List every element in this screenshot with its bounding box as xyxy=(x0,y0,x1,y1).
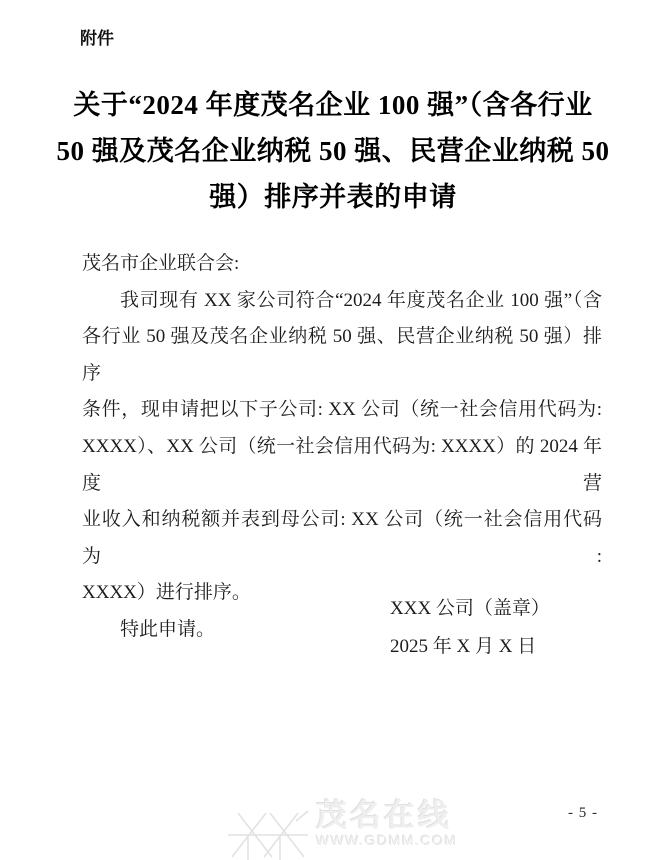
signature-date: 2025 年 X 月 X 日 xyxy=(390,628,550,666)
document-body: 茂名市企业联合会: 我司现有 XX 家公司符合“2024 年度茂名企业 100 … xyxy=(82,246,602,649)
page-number: - 5 - xyxy=(568,805,598,822)
body-line: XXXX）、XX 公司（统一社会信用代码为: XXXX）的 2024 年度营 xyxy=(82,429,602,502)
body-line: 我司现有 XX 家公司符合“2024 年度茂名企业 100 强”（含 xyxy=(82,283,602,320)
body-line: 业收入和纳税额并表到母公司: XX 公司（统一社会信用代码为: xyxy=(82,502,602,575)
watermark-text: 茂名在线 WWW.GDMM.COM xyxy=(316,799,458,848)
title-line-3: 强）排序并表的申请 xyxy=(42,174,624,220)
site-watermark: 茂名在线 WWW.GDMM.COM xyxy=(224,799,458,860)
title-line-1: 关于“2024 年度茂名企业 100 强”（含各行业 xyxy=(42,82,624,128)
attachment-label: 附件 xyxy=(80,24,114,49)
body-line: 条件，现申请把以下子公司: XX 公司（统一社会信用代码为: xyxy=(82,392,602,429)
watermark-site-name: 茂名在线 xyxy=(316,799,458,832)
document-page: 附件 关于“2024 年度茂名企业 100 强”（含各行业 50 强及茂名企业纳… xyxy=(0,0,666,860)
watermark-site-url: WWW.GDMM.COM xyxy=(316,832,458,848)
document-title: 关于“2024 年度茂名企业 100 强”（含各行业 50 强及茂名企业纳税 5… xyxy=(42,82,624,220)
salutation-line: 茂名市企业联合会: xyxy=(82,246,602,283)
signature-company: XXX 公司（盖章） xyxy=(390,590,550,628)
maoming-online-logo-icon xyxy=(224,807,312,860)
title-line-2: 50 强及茂名企业纳税 50 强、民营企业纳税 50 xyxy=(42,128,624,174)
body-line: 各行业 50 强及茂名企业纳税 50 强、民营企业纳税 50 强）排序 xyxy=(82,319,602,392)
signature-block: XXX 公司（盖章） 2025 年 X 月 X 日 xyxy=(390,590,550,666)
